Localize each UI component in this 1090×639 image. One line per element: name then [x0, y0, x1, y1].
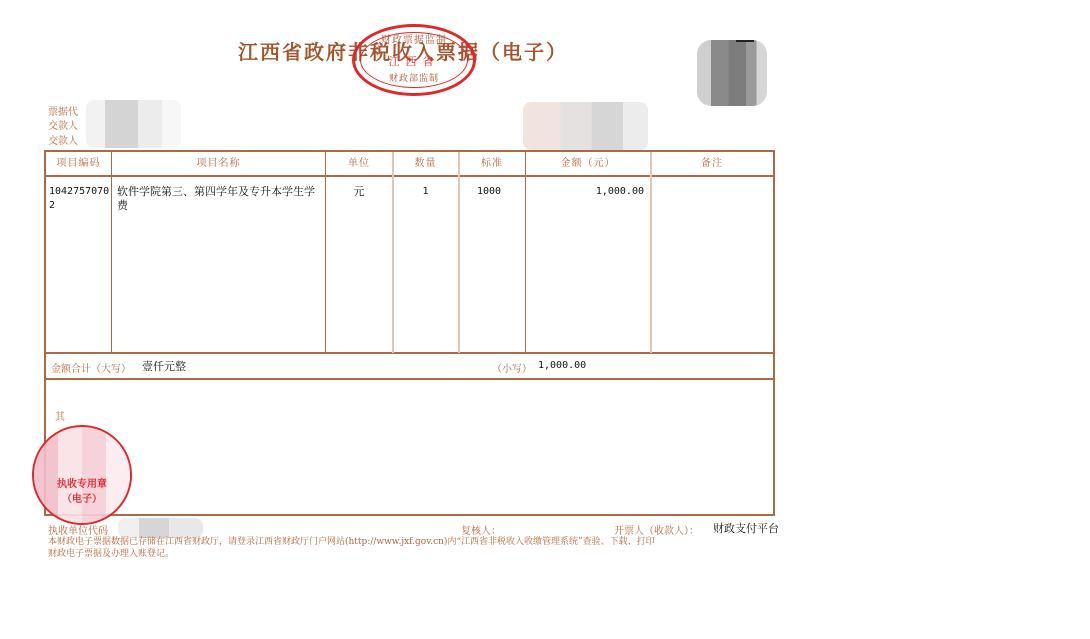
redacted-unit-code	[118, 518, 203, 538]
verification-note-line1: 本财政电子票据数据已存储在江西省财政厅，请登录江西省财政厅门户网站(http:/…	[48, 536, 655, 548]
col-divider	[325, 152, 326, 353]
total-upper-value: 壹仟元整	[142, 358, 186, 374]
verification-note-line2: 财政电子票据及办理入账登记。	[48, 548, 174, 560]
header-remark: 备注	[651, 152, 773, 176]
seal-bottom-text: 财政部监制	[355, 71, 473, 84]
items-bottom-divider	[46, 352, 773, 354]
col-divider	[650, 152, 652, 353]
stamp-line1: 执收专用章	[34, 475, 130, 490]
seal-middle-text: 江西省	[355, 53, 473, 69]
collection-stamp: 执收专用章 （电子）	[32, 425, 132, 525]
total-bottom-divider	[46, 378, 773, 380]
cell-amount: 1,000.00	[526, 185, 644, 199]
col-divider	[458, 152, 460, 353]
unit-code-label: 执收单位代码	[48, 522, 108, 537]
qr-code-image	[697, 40, 767, 106]
total-lower-label: （小写）	[492, 360, 532, 375]
other-label: 其	[55, 408, 65, 423]
payer-label-2: 交款人	[48, 132, 78, 147]
cell-item-name: 软件学院第三、第四学年及专升本学生学费	[117, 185, 323, 213]
cell-standard: 1000	[459, 185, 519, 199]
receipt-table: 项目编码 项目名称 单位 数量 标准 金额（元） 备注 10427570702 …	[44, 150, 775, 516]
header-standard: 标准	[459, 152, 525, 176]
issuer-value: 财政支付平台	[713, 520, 779, 536]
seal-top-text: 财政票据监制	[355, 31, 473, 46]
header-item-code: 项目编码	[46, 152, 111, 176]
header-quantity: 数量	[393, 152, 458, 176]
cell-item-code: 10427570702	[49, 185, 111, 213]
supervision-seal: 财政票据监制 江西省 财政部监制	[352, 24, 476, 96]
stamp-line2: （电子）	[34, 490, 130, 505]
col-divider	[525, 152, 526, 353]
total-upper-label: 金额合计（大写）	[51, 360, 131, 375]
redacted-meta-values-right	[523, 102, 648, 150]
reviewer-label: 复核人：	[461, 522, 501, 537]
redacted-meta-values	[86, 100, 181, 148]
col-divider	[392, 152, 394, 353]
total-lower-value: 1,000.00	[538, 360, 586, 371]
qr-corner-mark	[736, 40, 754, 42]
receipt-code-label: 票据代	[48, 103, 78, 118]
col-divider	[111, 152, 112, 353]
issuer-label: 开票人（收款人）：	[614, 522, 699, 537]
header-amount: 金额（元）	[526, 152, 650, 176]
payer-label-1: 交款人	[48, 117, 78, 132]
header-unit: 单位	[326, 152, 392, 176]
cell-unit: 元	[326, 185, 392, 199]
cell-quantity: 1	[393, 185, 458, 199]
header-item-name: 项目名称	[112, 152, 325, 176]
